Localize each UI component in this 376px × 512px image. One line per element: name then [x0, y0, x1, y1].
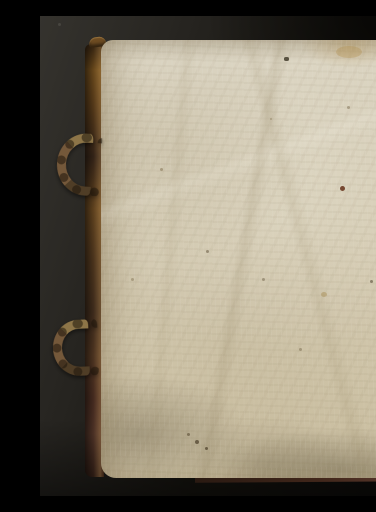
book-photograph	[40, 16, 376, 496]
book	[85, 40, 376, 482]
parchment-page	[101, 40, 376, 478]
parchment-wrinkles	[101, 40, 376, 478]
